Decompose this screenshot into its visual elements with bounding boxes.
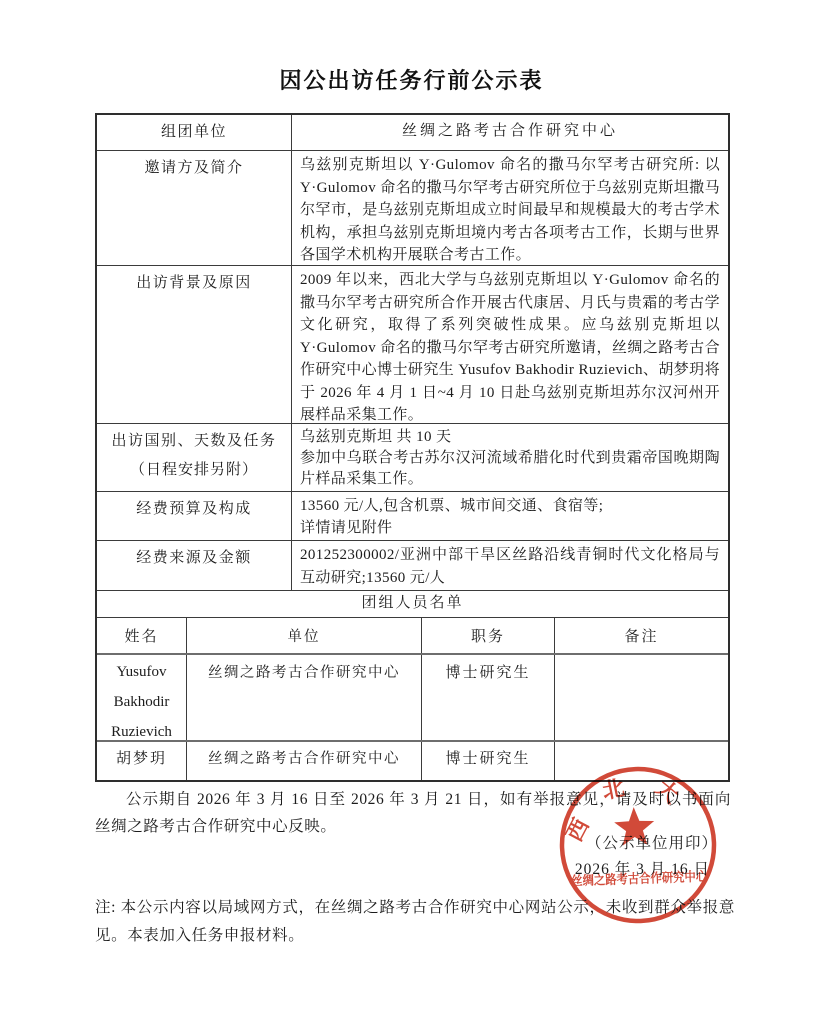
- person-name: 胡梦玥: [97, 742, 187, 780]
- personnel-row: 胡梦玥 丝绸之路考古合作研究中心 博士研究生: [97, 740, 728, 780]
- row-value-line2: 参加中乌联合考古苏尔汉河流域希腊化时代到贵霜帝国晚期陶片样品采集工作。: [300, 448, 720, 490]
- row-value-line1: 乌兹别克斯坦 共 10 天: [300, 427, 720, 448]
- row-value: 2009 年以来，西北大学与乌兹别克斯坦以 Y·Gulomov 命名的撒马尔罕考…: [292, 266, 728, 423]
- page-title: 因公出访任务行前公示表: [0, 64, 823, 95]
- row-value: 乌兹别克斯坦以 Y·Gulomov 命名的撒马尔罕考古研究所: 以 Y·Gulo…: [292, 151, 728, 265]
- col-header-unit: 单位: [187, 618, 422, 653]
- row-value: 丝绸之路考古合作研究中心: [292, 115, 728, 150]
- row-label-line1: 出访国别、天数及任务: [97, 429, 291, 450]
- table-row: 出访国别、天数及任务 （日程安排另附） 乌兹别克斯坦 共 10 天 参加中乌联合…: [97, 423, 728, 491]
- table-row: 邀请方及简介 乌兹别克斯坦以 Y·Gulomov 命名的撒马尔罕考古研究所: 以…: [97, 150, 728, 265]
- table-row: 经费来源及金额 201252300002/亚洲中部干旱区丝路沿线青铜时代文化格局…: [97, 540, 728, 590]
- bottom-note: 注: 本公示内容以局域网方式，在丝绸之路考古合作研究中心网站公示，未收到群众举报…: [95, 894, 735, 949]
- row-label: 经费来源及金额: [97, 541, 292, 590]
- row-label: 出访国别、天数及任务 （日程安排另附）: [97, 424, 292, 491]
- person-unit: 丝绸之路考古合作研究中心: [187, 742, 422, 780]
- personnel-header-row: 姓名 单位 职务 备注: [97, 617, 728, 653]
- row-label: 经费预算及构成: [97, 492, 292, 540]
- seal-date: 2026 年 3 月 16 日: [575, 857, 710, 879]
- table-row: 出访背景及原因 2009 年以来，西北大学与乌兹别克斯坦以 Y·Gulomov …: [97, 265, 728, 423]
- person-title: 博士研究生: [422, 655, 555, 740]
- person-unit: 丝绸之路考古合作研究中心: [187, 655, 422, 740]
- row-value: 201252300002/亚洲中部干旱区丝路沿线青铜时代文化格局与互动研究;13…: [292, 541, 728, 590]
- seal-caption: （公示单位用印）: [586, 831, 718, 853]
- col-header-note: 备注: [555, 618, 728, 653]
- person-name: Yusufov Bakhodir Ruzievich: [97, 655, 187, 740]
- notice-form-table: 组团单位 丝绸之路考古合作研究中心 邀请方及简介 乌兹别克斯坦以 Y·Gulom…: [95, 113, 730, 782]
- personnel-section-title: 团组人员名单: [97, 590, 728, 617]
- person-note: [555, 742, 728, 780]
- row-label-line2: （日程安排另附）: [97, 458, 291, 479]
- col-header-title: 职务: [422, 618, 555, 653]
- document-page: 因公出访任务行前公示表 组团单位 丝绸之路考古合作研究中心 邀请方及简介 乌兹别…: [0, 0, 823, 1030]
- table-row: 组团单位 丝绸之路考古合作研究中心: [97, 115, 728, 150]
- row-label: 邀请方及简介: [97, 151, 292, 265]
- row-label: 出访背景及原因: [97, 266, 292, 423]
- person-note: [555, 655, 728, 740]
- personnel-row: Yusufov Bakhodir Ruzievich 丝绸之路考古合作研究中心 …: [97, 653, 728, 740]
- person-title: 博士研究生: [422, 742, 555, 780]
- row-value-line1: 13560 元/人,包含机票、城市间交通、食宿等;: [300, 495, 720, 517]
- row-value: 乌兹别克斯坦 共 10 天 参加中乌联合考古苏尔汉河流域希腊化时代到贵霜帝国晚期…: [292, 424, 728, 491]
- table-row: 经费预算及构成 13560 元/人,包含机票、城市间交通、食宿等; 详情请见附件: [97, 491, 728, 540]
- row-label: 组团单位: [97, 115, 292, 150]
- row-value-line2: 详情请见附件: [300, 517, 720, 539]
- row-value: 13560 元/人,包含机票、城市间交通、食宿等; 详情请见附件: [292, 492, 728, 540]
- col-header-name: 姓名: [97, 618, 187, 653]
